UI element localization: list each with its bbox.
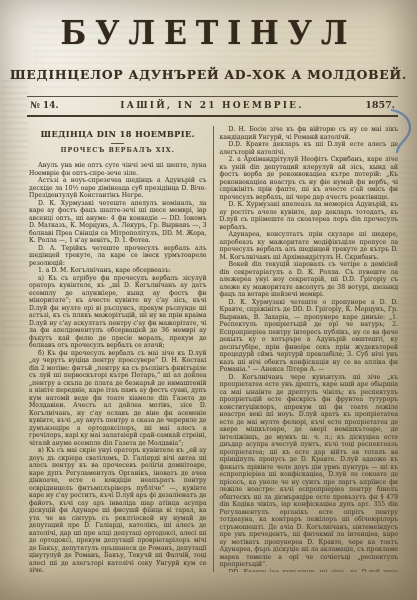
- showthrough-left-margin: [2, 80, 28, 350]
- masthead: БУЛЕТІНУЛ ШЕДІНЦЕЛОР АДУНЪРЕЙ AD-ХОК А М…: [0, 16, 417, 82]
- left-paragraph: Астъзі а ноуъ-спрезечеа шедінцъ а Адунър…: [29, 177, 207, 200]
- right-paragraph: DD. Кравте іеа кувънтулъ ші зіче „къ D.л…: [220, 569, 399, 573]
- showthrough-right-margin: [401, 160, 415, 360]
- left-paragraph: 1. а D. М. Когълнічанъ, каре обсервеазъ:: [29, 267, 207, 275]
- left-paragraph: Анулъ уна міе оптъ суте чінчі зечі ші ше…: [29, 162, 207, 177]
- right-paragraph: Вокей din текуцій зіаровалъ съ четіре а …: [220, 261, 399, 299]
- article-columns: ШЕДІНЦА DIN 18 НОЕМВРІЕ. ПРОЧЕСЪ ВЕРБАЛЪ…: [29, 126, 398, 572]
- issue-number: № 14.: [30, 101, 59, 111]
- left-paragraph: б) Къ фн прочесулъ вербалъ съ маі зіче к…: [29, 350, 207, 448]
- right-paragraph: D. К. Хурмузакі четеште о пропунере а D.…: [220, 299, 399, 374]
- left-column: ШЕДІНЦА DIN 18 НОЕМВРІЕ. ПРОЧЕСЪ ВЕРБАЛЪ…: [29, 126, 214, 572]
- right-paragraph: D.D. Кравте декларъ къ ші D.луй есте але…: [220, 141, 399, 156]
- left-paragraph: D. К. Хурмузакі четеште апелулъ номіналъ…: [29, 200, 207, 245]
- header-divider: [111, 143, 124, 144]
- newspaper-page: БУЛЕТІНУЛ ШЕДІНЦЕЛОР АДУНЪРЕЙ AD-ХОК А М…: [0, 0, 417, 600]
- masthead-title: БУЛЕТІНУЛ: [0, 15, 417, 53]
- right-paragraph: D. Когълнічанъ чере кувънтулъ ші зіче „к…: [220, 374, 399, 569]
- right-paragraph: D. К. Хурмузакі апелеазъ ла меморіса Аду…: [220, 201, 399, 231]
- left-paragraph: в) Къ съ маі скріе унуі ораторъ кувінтел…: [29, 447, 207, 572]
- proces-verbal-subheader: ПРОЧЕСЪ ВЕРБАЛЪ XIX.: [29, 147, 207, 155]
- right-paragraph: Адунареа, консултатъ прін скуларе ші шед…: [220, 231, 399, 261]
- right-paragraph: D. Н. Босіе зіче къ фн війторю съ ну се …: [220, 126, 399, 141]
- blue-ink-annotation: [390, 106, 416, 158]
- place-date: ІАШІЙ, IN 21 НОЕМВРІЕ.: [120, 101, 303, 111]
- right-column: D. Н. Босіе зіче къ фн війторю съ ну се …: [214, 126, 399, 572]
- right-paragraph: 2. а Архімандрітулуй Неофітъ Скрибанъ, к…: [220, 156, 399, 201]
- left-paragraph: а) Къ съ атрібуе фн прочесулъ вербалъ зі…: [29, 275, 207, 350]
- rule-below-dateline: [27, 115, 398, 117]
- masthead-subtitle: ШЕДІНЦЕЛОР АДУНЪРЕЙ AD-ХОК А МОЛДОВЕЙ.: [0, 67, 417, 82]
- session-header: ШЕДІНЦА DIN 18 НОЕМВРІЕ.: [29, 131, 207, 139]
- dateline-bar: № 14. ІАШІЙ, IN 21 НОЕМВРІЕ. 1857.: [27, 96, 398, 117]
- left-paragraph: D. А. Терійкъ четеште прочесулъ вербалъ …: [29, 245, 207, 268]
